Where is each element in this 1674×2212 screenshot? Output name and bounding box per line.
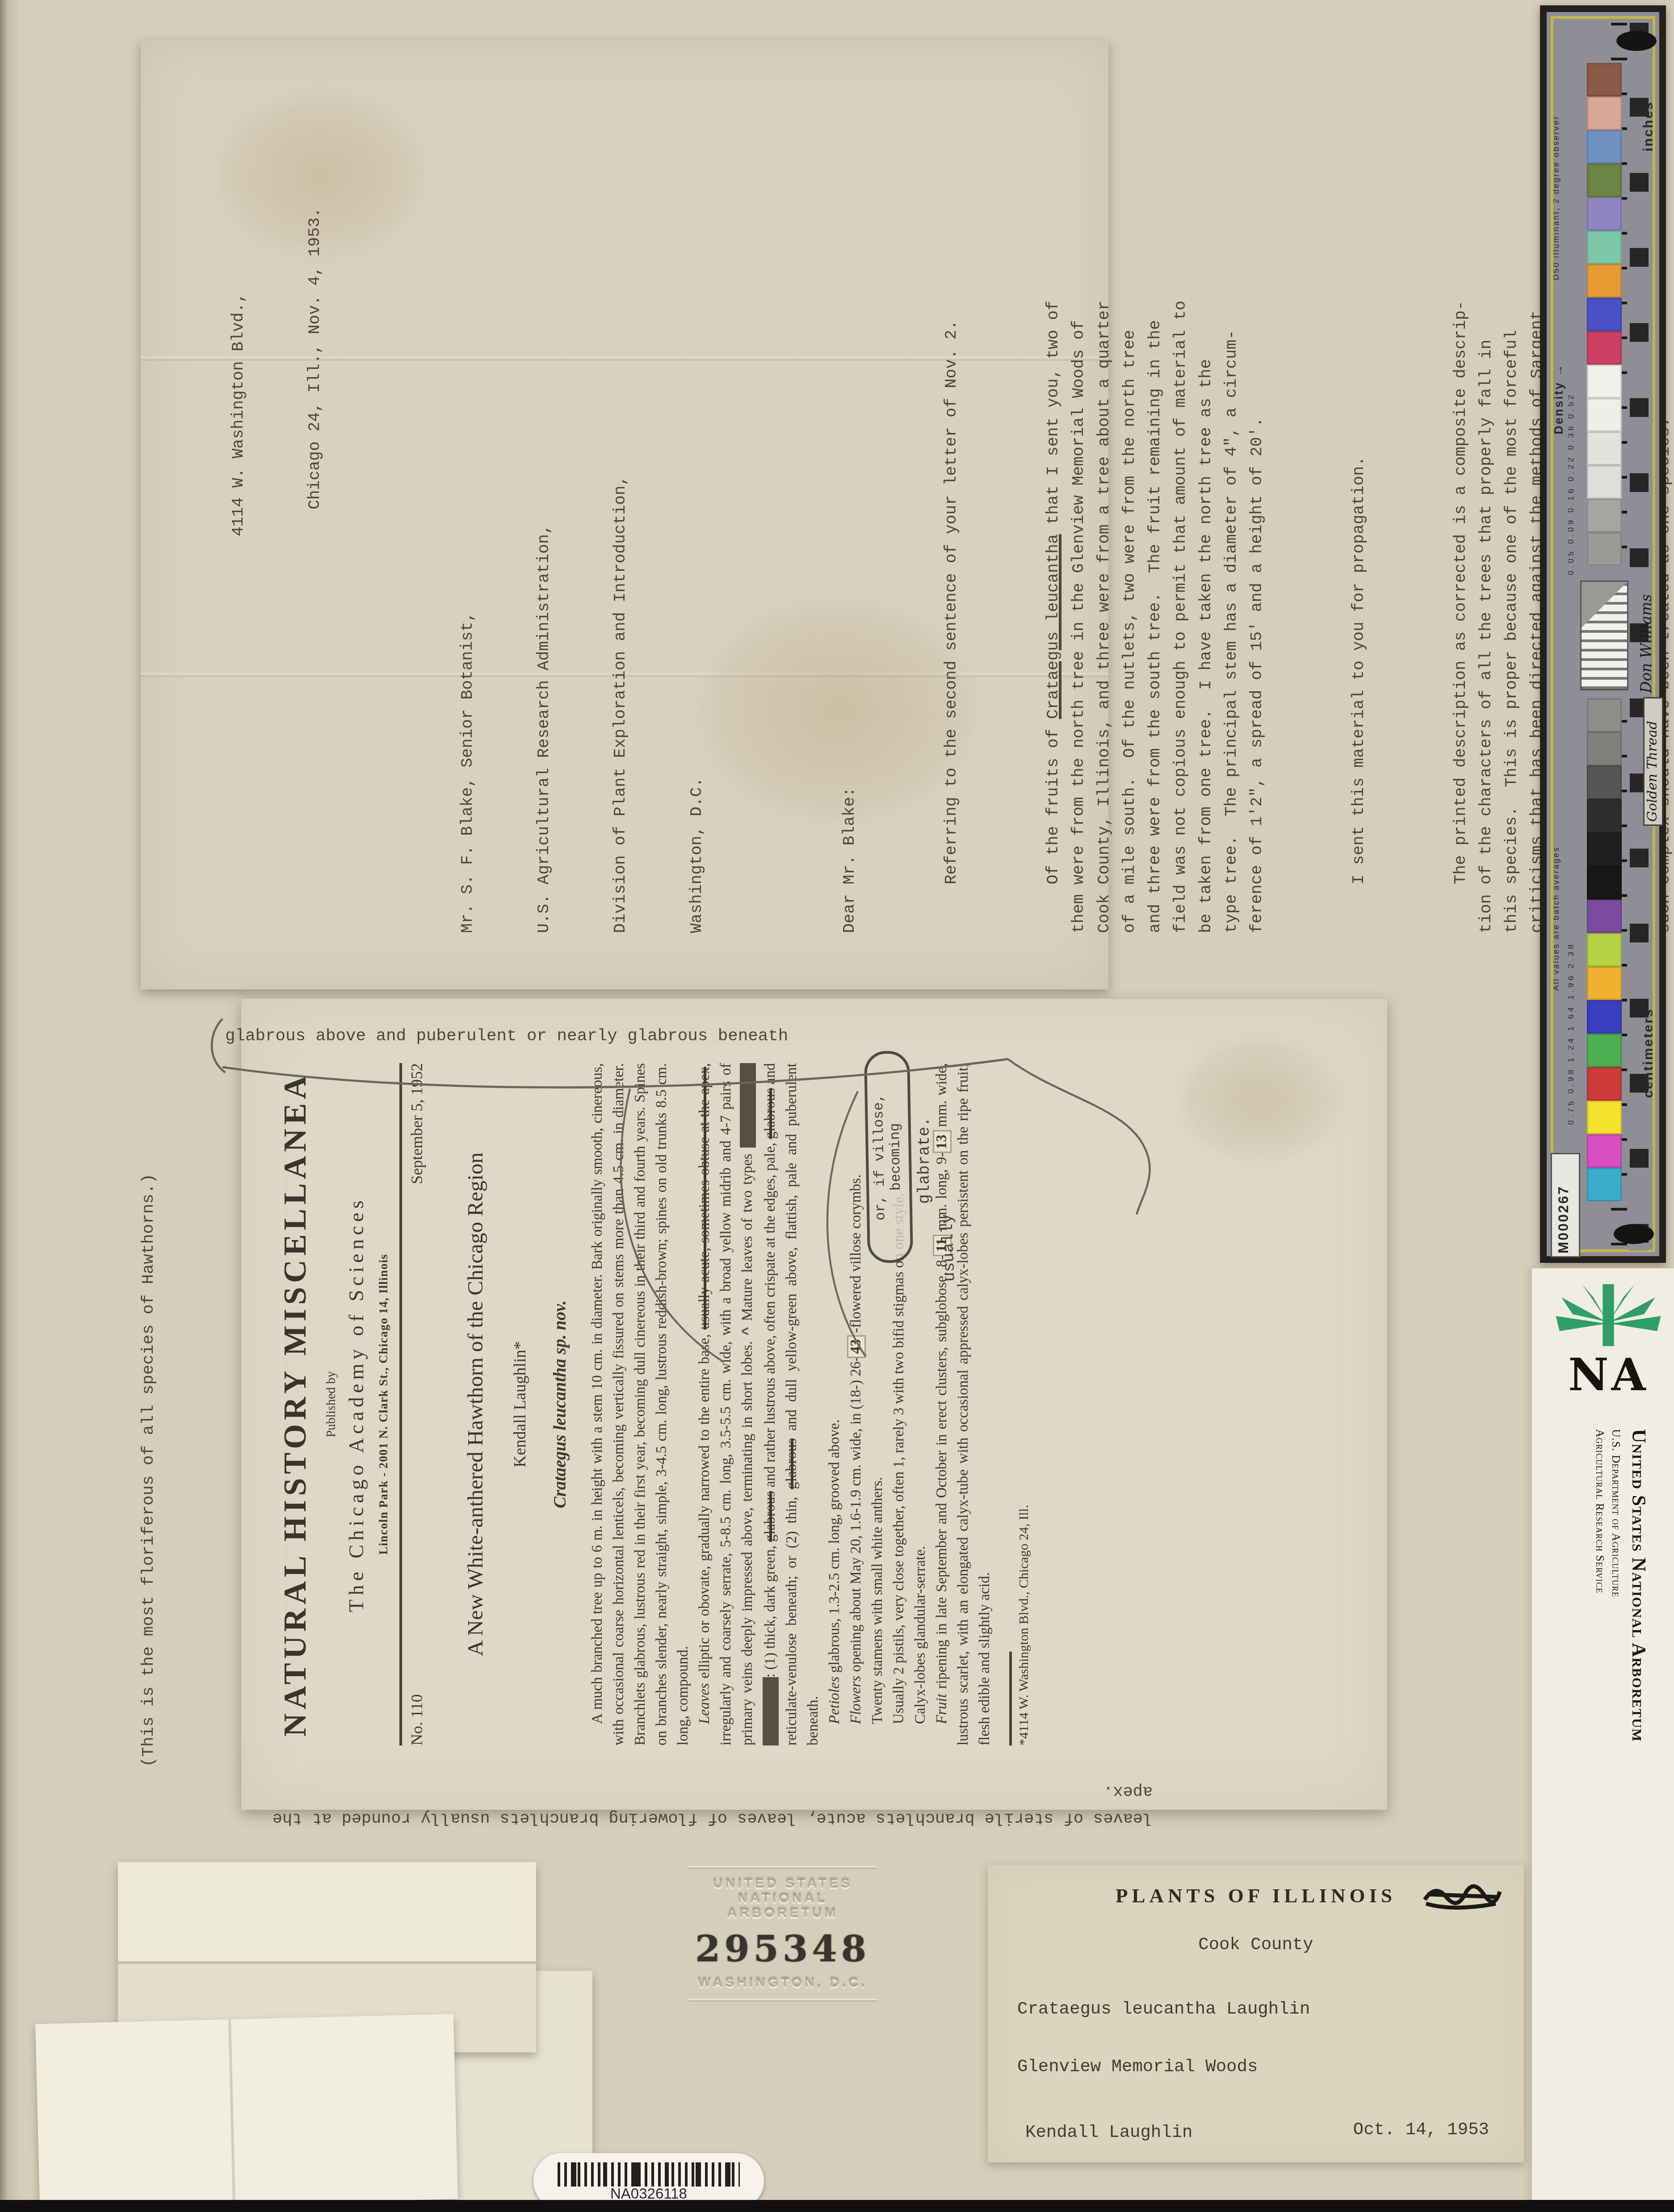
bulletin-academy-address: Lincoln Park - 2001 N. Clark St., Chicag… xyxy=(377,1063,390,1745)
determination-label: PLANTS OF ILLINOIS Cook County Crataegus… xyxy=(988,1865,1524,2162)
issue-number: No. 110 xyxy=(407,1694,428,1745)
letter-paragraph-fruits: Of the fruits of Crataegus leucantha tha… xyxy=(1041,74,1271,933)
recipient-line: Mr. S. F. Blake, Senior Botanist, xyxy=(456,74,481,933)
arboretum-name: United States National Arboretum xyxy=(1626,1429,1649,1751)
article-species-name: Crataegus leucantha sp. nov. xyxy=(550,1063,571,1745)
recipient-line: U.S. Agricultural Research Administratio… xyxy=(532,74,558,933)
typed-annotation-top: glabrous above and puberulent or nearly … xyxy=(225,1027,1029,1046)
folded-packet xyxy=(35,2014,458,2209)
centimeters-label: centimeters xyxy=(1642,937,1657,1098)
recipient-line: Division of Plant Exploration and Introd… xyxy=(608,74,634,933)
arboretum-name-block: United States National Arboretum U.S. De… xyxy=(1573,1429,1649,1751)
paragraph-petioles: Petioles glabrous, 1.3-2.5 cm. long, gro… xyxy=(824,1063,846,1745)
letter-paragraph-sent: I sent this material to you for propagat… xyxy=(1347,74,1372,933)
typed-insertion-glabrate: glabrate. xyxy=(915,1117,934,1204)
typed-annotation-bottom-rotated: leaves of sterile branchlets acute, leav… xyxy=(134,1767,1153,1831)
accession-number-stamp: 295348 xyxy=(682,1929,883,1971)
resolution-test-chart xyxy=(1582,582,1627,689)
label-county: Cook County xyxy=(988,1934,1524,1955)
target-id-sticker: M000267 xyxy=(1552,1154,1579,1256)
bottom-note-line2: apex. xyxy=(134,1778,1153,1804)
embossed-seal: UNITED STATES NATIONAL ARBORETUM 295348 … xyxy=(682,1866,883,2024)
letter-salutation: Dear Mr. Blake: xyxy=(838,74,863,933)
letter-date-line: Chicago 24, Ill., Nov. 4, 1953. xyxy=(303,74,328,933)
batch-note: All values are batch averages xyxy=(1553,763,1561,991)
typed-letter: 4114 W. Washington Blvd., Chicago 24, Il… xyxy=(141,40,1108,989)
bulletin-masthead: NATURAL HISTORY MISCELLANEA xyxy=(279,1063,315,1745)
ink-scribble xyxy=(1419,1878,1505,1913)
usda-line: U.S. Department of Agriculture xyxy=(1610,1429,1623,1751)
registration-dot xyxy=(1614,1224,1654,1244)
bottom-note-line1: leaves of sterile branchlets acute, leav… xyxy=(134,1804,1153,1831)
article-footnote: *4114 W. Washington Blvd., Chicago 24, I… xyxy=(1017,1063,1032,1745)
letter-recipient-block: Mr. S. F. Blake, Senior Botanist, U.S. A… xyxy=(405,74,761,933)
density-label: Density → xyxy=(1552,287,1565,434)
color-patches-bottom xyxy=(1587,698,1622,1201)
printed-bulletin: NATURAL HISTORY MISCELLANEA Published by… xyxy=(241,999,1387,1810)
seal-line1: UNITED STATES xyxy=(682,1877,883,1892)
issue-row: No. 110 September 5, 1952 xyxy=(407,1063,428,1745)
article-title: A New White-anthered Hawthorn of the Chi… xyxy=(462,1063,489,1745)
letter-sender-address: 4114 W. Washington Blvd., xyxy=(227,74,252,933)
registration-dot xyxy=(1616,31,1657,51)
article-author: Kendall Laughlin* xyxy=(511,1063,531,1745)
label-locality: Glenview Memorial Woods xyxy=(1017,2056,1258,2077)
seal-line3: WASHINGTON, D.C. xyxy=(682,1976,883,1991)
bulletin-academy: The Chicago Academy of Sciences xyxy=(346,1063,370,1745)
handwritten-brand-tag: Golden Thread xyxy=(1645,698,1662,824)
scan-bottom-edge xyxy=(0,2200,1674,2212)
seal-rule-top xyxy=(688,1866,878,1869)
label-species: Crataegus leucantha Laughlin xyxy=(1017,1999,1310,2019)
bulletin-published-by: Published by xyxy=(326,1063,339,1745)
letter-paragraph-referring: Referring to the second sentence of your… xyxy=(940,74,965,933)
green-tree-icon xyxy=(1552,1282,1665,1349)
paragraph-leaves: Leaves elliptic or obovate, gradually na… xyxy=(694,1063,824,1745)
issue-date: September 5, 1952 xyxy=(407,1063,428,1184)
illuminant-note: D50 illuminant, 2 degree observer xyxy=(1553,52,1561,280)
herbarium-sheet-scan: 4114 W. Washington Blvd., Chicago 24, Il… xyxy=(0,0,1674,2212)
label-collector: Kendall Laughlin xyxy=(1025,2122,1192,2142)
seal-rule-bottom xyxy=(688,1999,878,2002)
seal-line2: NATIONAL ARBORETUM xyxy=(682,1892,883,1921)
density-values-top: 0.05 0.09 0.16 0.22 0.36 0.52 xyxy=(1568,173,1576,575)
paragraph-fruit: Fruit ripening in late September and Oct… xyxy=(931,1063,996,1745)
paragraph-flowers: Flowers opening about May 20, 1.6-1.9 cm… xyxy=(846,1063,867,1745)
typed-annotation-margin: (This is the most floriferous of all spe… xyxy=(123,1003,182,1767)
article-body: A much branched tree up to 6 m. in heigh… xyxy=(587,1063,996,1745)
bulletin-page: NATURAL HISTORY MISCELLANEA Published by… xyxy=(241,999,1387,1810)
masthead-rule xyxy=(399,1063,402,1745)
handwritten-name: Don Williams xyxy=(1638,546,1655,693)
color-calibration-target: inches centimeters Density → 0.05 0.09 0… xyxy=(1540,5,1666,1263)
sheet-left-edge-shadow xyxy=(0,0,21,2212)
na-monogram: NA xyxy=(1552,1355,1665,1396)
color-patches-top xyxy=(1587,63,1622,566)
pen-circled-insertion: or, if villose, becoming xyxy=(864,1051,913,1263)
ars-line: Agricultural Research Service xyxy=(1594,1429,1607,1751)
letter-text-block: 4114 W. Washington Blvd., Chicago 24, Il… xyxy=(141,42,1108,989)
label-date: Oct. 14, 1953 xyxy=(1353,2119,1489,2140)
typed-insertion-usually: usually xyxy=(938,1214,959,1282)
paragraph-tree-description: A much branched tree up to 6 m. in heigh… xyxy=(587,1063,694,1745)
recipient-line: Washington, D.C. xyxy=(685,74,710,933)
arboretum-logo: NA xyxy=(1552,1282,1665,1396)
barcode-bars xyxy=(558,2162,740,2187)
footnote-rule xyxy=(1009,1652,1011,1745)
density-values-bottom: 0.75 0.98 1.24 1.64 1.96 2.38 xyxy=(1568,723,1576,1125)
